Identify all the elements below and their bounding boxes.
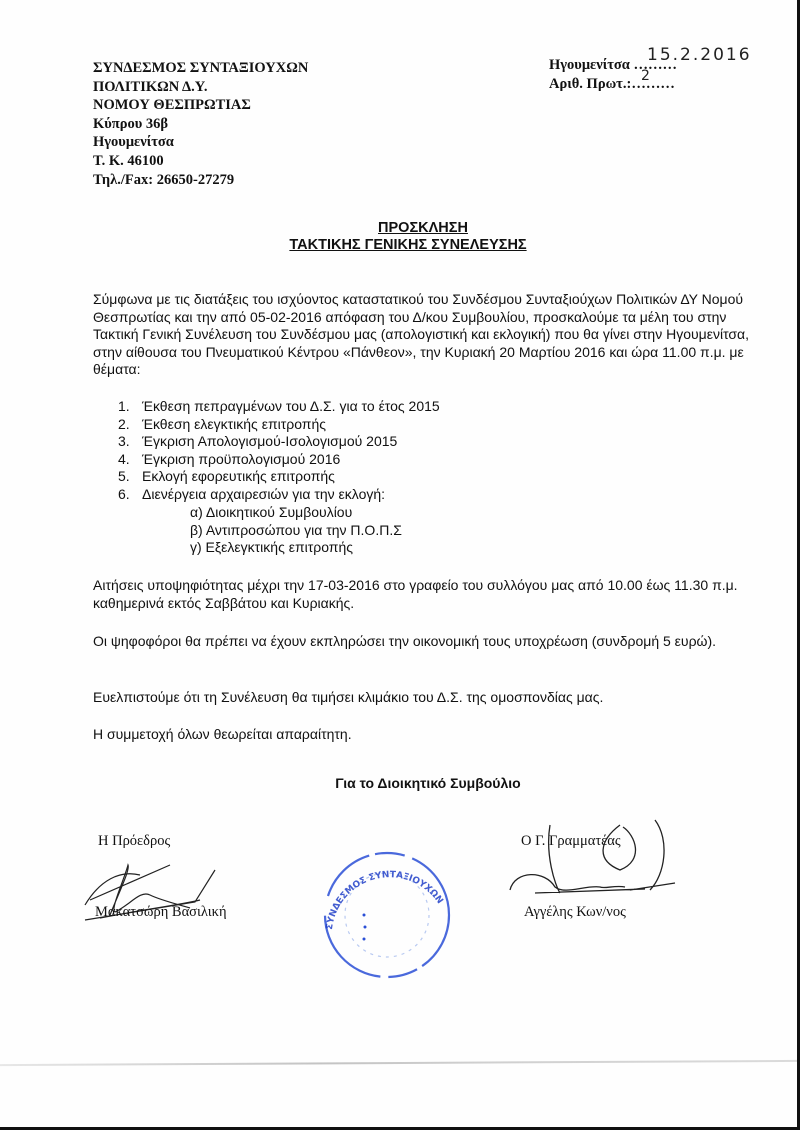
subitem: β) Αντιπροσώπου για την Π.Ο.Π.Σ bbox=[190, 522, 402, 540]
agenda-item: 5.Εκλογή εφορευτικής επιτροπής bbox=[118, 468, 440, 486]
agenda-text: Έκθεση πεπραγμένων του Δ.Σ. για το έτος … bbox=[142, 398, 440, 414]
participation-paragraph: Η συμμετοχή όλων θεωρείται απαραίτητη. bbox=[93, 726, 763, 744]
voters-paragraph: Οι ψηφοφόροι θα πρέπει να έχουν εκπληρώσ… bbox=[93, 633, 763, 651]
agenda-item: 2.Έκθεση ελεγκτικής επιτροπής bbox=[118, 416, 440, 434]
closing-line: Για το Διοικητικό Συμβούλιο bbox=[0, 775, 800, 791]
sender-line: Κύπρου 36β bbox=[93, 115, 308, 134]
subitem: α) Διοικητικού Συμβουλίου bbox=[190, 504, 402, 522]
intro-paragraph: Σύμφωνα με τις διατάξεις του ισχύοντος κ… bbox=[93, 291, 763, 379]
agenda-item: 1.Έκθεση πεπραγμένων του Δ.Σ. για το έτο… bbox=[118, 398, 440, 416]
agenda-item: 4.Έγκριση προϋπολογισμού 2016 bbox=[118, 451, 440, 469]
sender-address-block: ΣΥΝΔΕΣΜΟΣ ΣΥΝΤΑΞΙΟΥΧΩΝ ΠΟΛΙΤΙΚΩΝ Δ.Υ. ΝΟ… bbox=[93, 59, 308, 189]
svg-text:ΣΥΝΔΕΣΜΟΣ ΣΥΝΤΑΞΙΟΥΧΩΝ ΠΟΛΙΤΙΚ: ΣΥΝΔΕΣΜΟΣ ΣΥΝΤΑΞΙΟΥΧΩΝ ΠΟΛΙΤΙΚΩΝ ΔΗΜΟΣΙΩ… bbox=[312, 835, 446, 930]
agenda-text: Έγκριση Απολογισμού-Ισολογισμού 2015 bbox=[142, 433, 397, 449]
protocol-label: Αριθ. Πρωτ.:……… bbox=[549, 76, 675, 92]
president-role: Η Πρόεδρος bbox=[98, 833, 170, 850]
document-title: ΠΡΟΣΚΛΗΣΗ ΤΑΚΤΙΚΗΣ ΓΕΝΙΚΗΣ ΣΥΝΕΛΕΥΣΗΣ bbox=[0, 220, 800, 254]
scan-artifact-line bbox=[0, 1060, 800, 1066]
intro-text: Σύμφωνα με τις διατάξεις του ισχύοντος κ… bbox=[93, 291, 763, 379]
agenda-number: 6. bbox=[118, 486, 142, 504]
sender-line: ΠΟΛΙΤΙΚΩΝ Δ.Υ. bbox=[93, 78, 308, 97]
sender-line: ΝΟΜΟΥ ΘΕΣΠΡΩΤΙΑΣ bbox=[93, 96, 308, 115]
agenda-number: 2. bbox=[118, 416, 142, 434]
protocol-row: Αριθ. Πρωτ.:……… 2 bbox=[549, 75, 677, 94]
stamp-text: ΣΥΝΔΕΣΜΟΣ ΣΥΝΤΑΞΙΟΥΧΩΝ ΠΟΛΙΤΙΚΩΝ ΔΗΜΟΣΙΩ… bbox=[312, 835, 446, 930]
candidacy-paragraph: Αιτήσεις υποψηφιότητας μέχρι την 17-03-2… bbox=[93, 577, 763, 612]
subitem: γ) Εξελεγκτικής επιτροπής bbox=[190, 539, 402, 557]
agenda-text: Διενέργεια αρχαιρεσιών για την εκλογή: bbox=[142, 486, 385, 502]
document-page: ΣΥΝΔΕΣΜΟΣ ΣΥΝΤΑΞΙΟΥΧΩΝ ΠΟΛΙΤΙΚΩΝ Δ.Υ. ΝΟ… bbox=[0, 0, 800, 1130]
secretary-signature bbox=[505, 815, 680, 910]
place-date-row: Ηγουμενίτσα ……… 15.2.2016 bbox=[549, 56, 677, 75]
agenda-item: 6.Διενέργεια αρχαιρεσιών για την εκλογή: bbox=[118, 486, 440, 504]
handwritten-protocol-number: 2 bbox=[641, 67, 652, 86]
sender-line: ΣΥΝΔΕΣΜΟΣ ΣΥΝΤΑΞΙΟΥΧΩΝ bbox=[93, 59, 308, 78]
document-meta: Ηγουμενίτσα ……… 15.2.2016 Αριθ. Πρωτ.:……… bbox=[549, 56, 677, 94]
agenda-item: 3.Έγκριση Απολογισμού-Ισολογισμού 2015 bbox=[118, 433, 440, 451]
sender-line: Ηγουμενίτσα bbox=[93, 133, 308, 152]
sender-line: Τηλ./Fax: 26650-27279 bbox=[93, 171, 308, 190]
agenda-text: Έγκριση προϋπολογισμού 2016 bbox=[142, 451, 340, 467]
agenda-text: Εκλογή εφορευτικής επιτροπής bbox=[142, 468, 335, 484]
title-line-1: ΠΡΟΣΚΛΗΣΗ bbox=[0, 220, 800, 237]
agenda-list: 1.Έκθεση πεπραγμένων του Δ.Σ. για το έτο… bbox=[118, 398, 440, 504]
title-line-2: ΤΑΚΤΙΚΗΣ ΓΕΝΙΚΗΣ ΣΥΝΕΛΕΥΣΗΣ bbox=[0, 237, 800, 254]
secretary-name: Αγγέλης Κων/νος bbox=[524, 904, 626, 921]
president-name: Μακατσώρη Βασιλική bbox=[95, 904, 227, 921]
agenda-number: 3. bbox=[118, 433, 142, 451]
agenda-number: 1. bbox=[118, 398, 142, 416]
agenda-number: 5. bbox=[118, 468, 142, 486]
agenda-number: 4. bbox=[118, 451, 142, 469]
official-stamp: ΣΥΝΔΕΣΜΟΣ ΣΥΝΤΑΞΙΟΥΧΩΝ ΠΟΛΙΤΙΚΩΝ ΔΗΜΟΣΙΩ… bbox=[312, 835, 462, 985]
election-subitems: α) Διοικητικού Συμβουλίου β) Αντιπροσώπο… bbox=[190, 504, 402, 557]
federation-paragraph: Ευελπιστούμε ότι τη Συνέλευση θα τιμήσει… bbox=[93, 689, 763, 707]
handwritten-date: 15.2.2016 bbox=[647, 46, 752, 65]
agenda-text: Έκθεση ελεγκτικής επιτροπής bbox=[142, 416, 326, 432]
sender-line: Τ. Κ. 46100 bbox=[93, 152, 308, 171]
